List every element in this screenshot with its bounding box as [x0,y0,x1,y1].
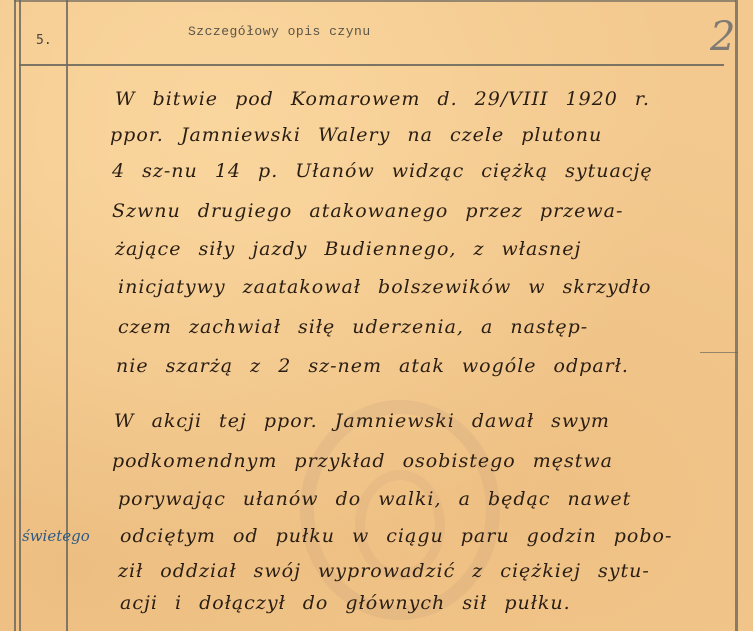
handwritten-line-12: odciętym od pułku w ciągu paru godzin po… [120,525,672,547]
handwritten-line-7: czem zachwiał siłę uderzenia, a następ- [118,316,588,338]
section-number: 5. [36,33,52,48]
form-border-left-inner [19,0,21,631]
handwritten-line-1: W bitwie pod Komarowem d. 29/VIII 1920 r… [115,88,650,110]
section-title: Szczegółowy opis czynu [188,24,371,39]
form-header-divider [19,64,724,66]
form-border-right [735,0,738,631]
form-border-left-outer [14,0,16,631]
handwritten-line-4: Szwnu drugiego atakowanego przez przewa- [112,200,623,222]
form-border-top [14,0,736,2]
handwritten-line-10: podkomendnym przykład osobistego męstwa [112,450,613,472]
handwritten-line-3: 4 sz-nu 14 p. Ułanów widząc ciężką sytua… [112,160,653,182]
handwritten-line-2: ppor. Jamniewski Walery na czele plutonu [110,124,602,146]
handwritten-line-11: porywając ułanów do walki, a będąc nawet [118,488,631,510]
page-number: 2 [710,14,735,60]
handwritten-line-14: acji i dołączył do głównych sił pułku. [120,592,571,614]
margin-note: świetego [22,527,90,545]
document-page: 5. Szczegółowy opis czynu 2 W bitwie pod… [0,0,753,631]
handwritten-line-8: nie szarżą z 2 sz-nem atak wogóle odparł… [116,355,629,377]
handwritten-line-13: ził oddział swój wyprowadzić z ciężkiej … [118,560,650,582]
form-right-stub-line [700,352,738,353]
handwritten-line-6: inicjatywy zaatakował bolszewików w skrz… [118,276,651,298]
handwritten-line-5: żające siły jazdy Budiennego, z własnej [115,238,581,260]
handwritten-line-9: W akcji tej ppor. Jamniewski dawał swym [114,410,610,432]
